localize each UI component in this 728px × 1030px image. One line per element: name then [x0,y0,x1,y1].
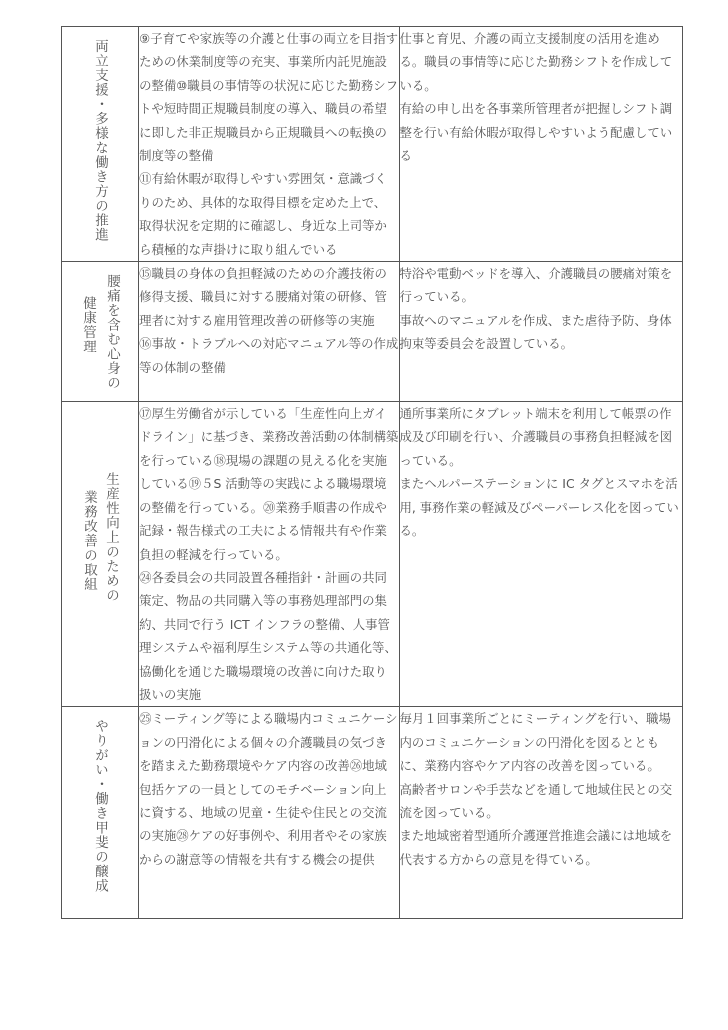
action-text: 高齢者サロンや手芸などを通して地域住民との交流を図っている。 [400,778,682,825]
requirement-text: ㉕ミーティング等による職場内コミュニケーションの円滑化による個々の介護職員の気づ… [139,707,398,871]
action-text: またヘルパーステーションに IC タグとスマホを活用, 事務作業の軽減及びペーパ… [400,472,682,542]
requirements-cell: ⑰厚生労働省が示している「生産性向上ガイドライン」に基づき、業務改善活動の体制構… [139,402,399,707]
actions-cell: 特浴や電動ベッドを導入、介護職員の腰痛対策を行っている。 事故へのマニュアルを作… [399,262,682,402]
action-text: 特浴や電動ベッドを導入、介護職員の腰痛対策を行っている。 [400,262,682,309]
action-text: 事故へのマニュアルを作成、また虐待予防、身体拘束等委員会を設置している。 [400,309,682,356]
action-text: 通所事業所にタブレット端末を利用して帳票の作成及び印刷を行い、介護職員の事務負担… [400,402,682,472]
table-row-productivity: 生産性向上のための 業務改善の取組 ⑰厚生労働省が示している「生産性向上ガイドラ… [62,402,683,707]
requirement-text: ⑪有給休暇が取得しやすい雰囲気・意識づくりのため、具体的な取得目標を定めた上で、… [139,167,398,261]
actions-cell: 毎月１回事業所ごとにミーティングを行い、職場内のコミュニケーションの円滑化を図る… [399,707,682,919]
action-text: また地域密着型通所介護運営推進会議には地域を代表する方からの意見を得ている。 [400,824,682,871]
table-row-motivation: やりがい・働き甲斐の醸成 ㉕ミーティング等による職場内コミュニケーションの円滑化… [62,707,683,919]
row-heading-cell: やりがい・働き甲斐の醸成 [62,707,139,919]
row-heading: やりがい・働き甲斐の醸成 [92,719,108,893]
action-text: 毎月１回事業所ごとにミーティングを行い、職場内のコミュニケーションの円滑化を図る… [400,707,682,777]
improvement-measures-table: 両立支援・多様な働き方の推進 ⑨子育てや家族等の介護と仕事の両立を目指すための休… [61,26,683,919]
table-row-health-management: 腰痛を含む心身の 健康管理 ⑮職員の身体の負担軽減のための介護技術の修得支援、職… [62,262,683,402]
row-heading: 両立支援・多様な働き方の推進 [92,39,108,242]
row-heading-cell: 両立支援・多様な働き方の推進 [62,27,139,262]
row-heading-line-1: 腰痛を含む心身の [104,274,120,390]
action-text: 有給の申し出を各事業所管理者が把握しシフト調整を行い有給休暇が取得しやすいよう配… [400,97,682,167]
actions-cell: 通所事業所にタブレット端末を利用して帳票の作成及び印刷を行い、介護職員の事務負担… [399,402,682,707]
row-heading-cell: 腰痛を含む心身の 健康管理 [62,262,139,402]
requirement-text: ⑰厚生労働省が示している「生産性向上ガイドライン」に基づき、業務改善活動の体制構… [139,402,398,566]
actions-cell: 仕事と育児、介護の両立支援制度の活用を進める。職員の事情等に応じた勤務シフトを作… [399,27,682,262]
row-heading-line-1: 生産性向上のための [103,472,119,603]
table-row-work-life-balance: 両立支援・多様な働き方の推進 ⑨子育てや家族等の介護と仕事の両立を目指すための休… [62,27,683,262]
row-heading-line-2: 健康管理 [80,274,96,354]
requirement-text: ⑨子育てや家族等の介護と仕事の両立を目指すための休業制度等の充実、事業所内託児施… [139,27,398,167]
requirement-text: ⑮職員の身体の負担軽減のための介護技術の修得支援、職員に対する腰痛対策の研修、管… [139,262,398,332]
requirement-text: ㉔各委員会の共同設置各種指針・計画の共同策定、物品の共同購入等の事務処理部門の集… [139,566,398,706]
requirements-cell: ㉕ミーティング等による職場内コミュニケーションの円滑化による個々の介護職員の気づ… [139,707,399,919]
action-text: 仕事と育児、介護の両立支援制度の活用を進める。職員の事情等に応じた勤務シフトを作… [400,27,682,97]
requirement-text: ⑯事故・トラブルへの対応マニュアル等の作成等の体制の整備 [139,332,398,379]
requirements-cell: ⑮職員の身体の負担軽減のための介護技術の修得支援、職員に対する腰痛対策の研修、管… [139,262,399,402]
row-heading-line-2: 業務改善の取組 [81,472,97,592]
row-heading-cell: 生産性向上のための 業務改善の取組 [62,402,139,707]
requirements-cell: ⑨子育てや家族等の介護と仕事の両立を目指すための休業制度等の充実、事業所内託児施… [139,27,399,262]
